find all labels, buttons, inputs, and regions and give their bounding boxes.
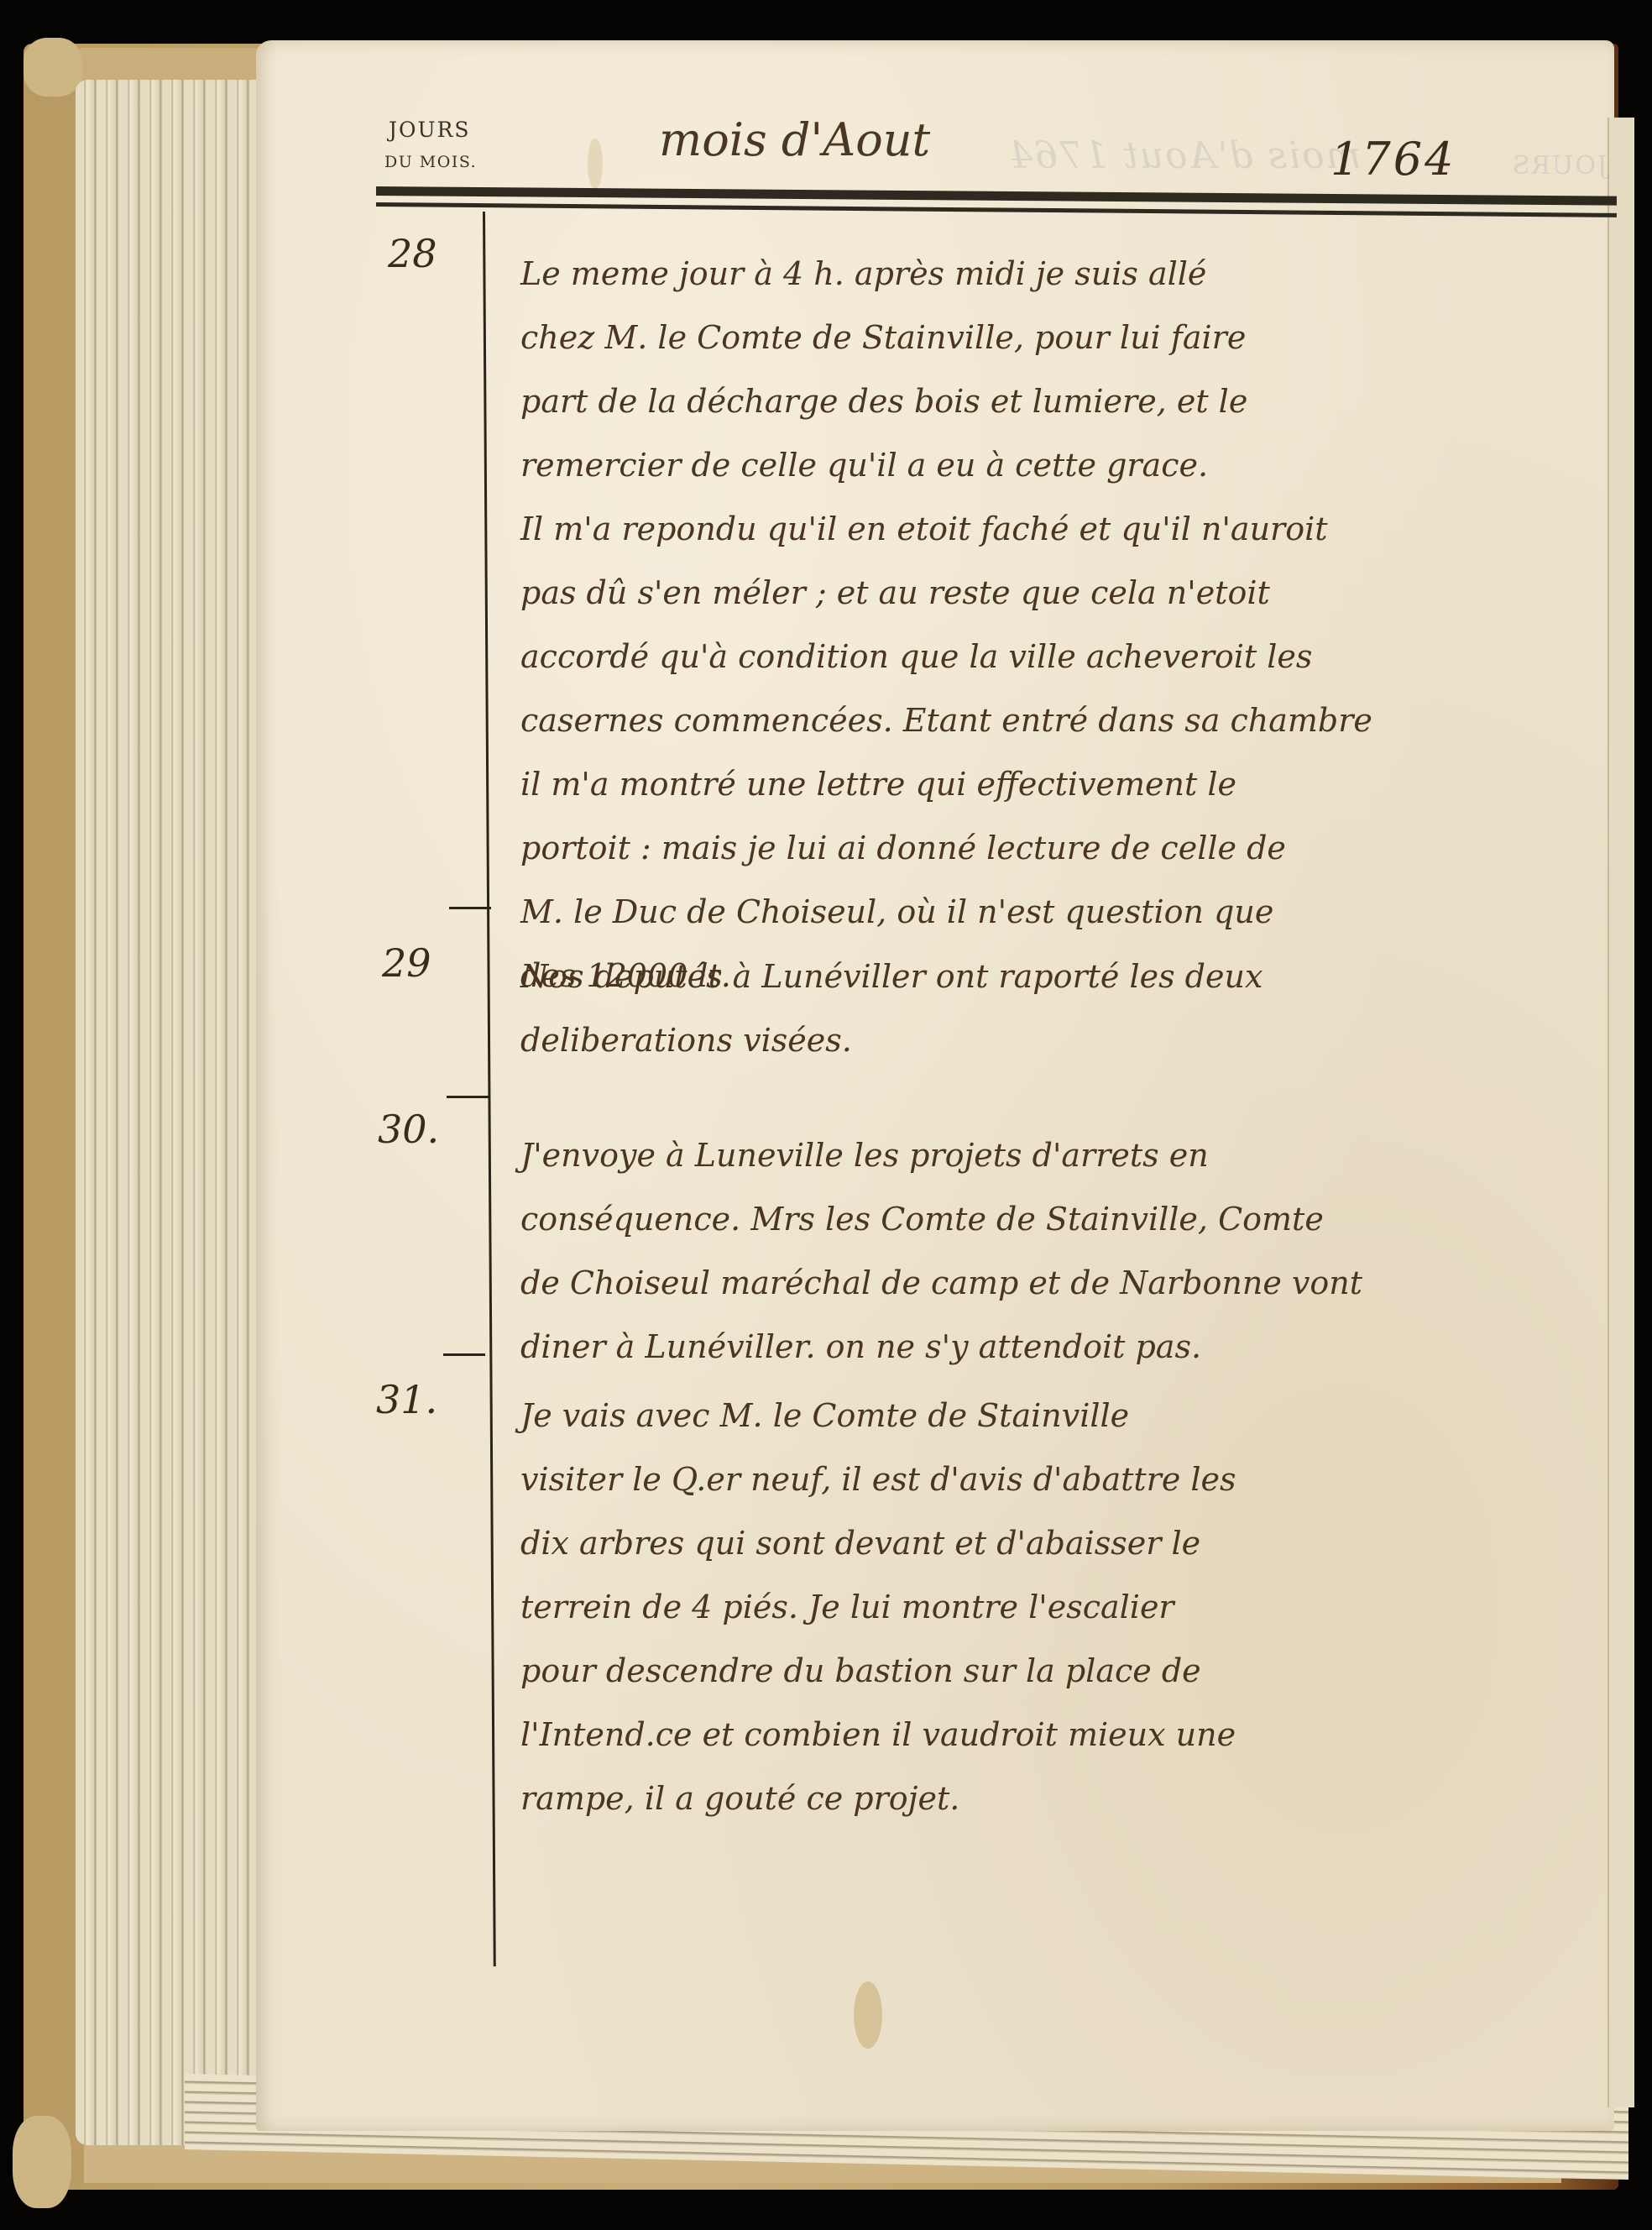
printed-label-jours: JOURS (389, 118, 471, 142)
entry-line: accordé qu'à condition que la ville ache… (520, 625, 1578, 688)
entry-line: M. le Duc de Choiseul, où il n'est quest… (520, 880, 1578, 944)
bleedthrough-month: mois d'Aout 1764 (1007, 134, 1361, 177)
frayed-corner-bottom (13, 2116, 71, 2208)
facing-page-edge (1608, 118, 1634, 2107)
entry-line: l'Intend.ce et combien il vaudroit mieux… (520, 1703, 1578, 1767)
day-number: 31. (376, 1377, 437, 1422)
entry-line: deliberations visées. (520, 1008, 1578, 1072)
entry-divider-tick (449, 907, 491, 909)
entry-line: terrein de 4 piés. Je lui montre l'escal… (520, 1575, 1578, 1639)
entry-line: visiter le Q.er neuf, il est d'avis d'ab… (520, 1447, 1578, 1511)
entry-line: Je vais avec M. le Comte de Stainville (520, 1384, 1578, 1447)
month-title: mois d'Aout (659, 113, 930, 166)
entry-line: portoit : mais je lui ai donné lecture d… (520, 816, 1578, 880)
entry-line: de Choiseul maréchal de camp et de Narbo… (520, 1251, 1578, 1315)
entry-line: diner à Lunéviller. on ne s'y attendoit … (520, 1315, 1578, 1379)
diary-entry: Nos deputés à Lunéviller ont raporté les… (520, 945, 1578, 1072)
entry-line: pour descendre du bastion sur la place d… (520, 1639, 1578, 1703)
entry-divider-tick (443, 1353, 485, 1356)
entry-line: chez M. le Comte de Stainville, pour lui… (520, 306, 1578, 369)
diary-entry: Je vais avec M. le Comte de Stainville v… (520, 1384, 1578, 1830)
entry-line: pas dû s'en méler ; et au reste que cela… (520, 561, 1578, 625)
diary-entry: J'envoye à Luneville les projets d'arret… (520, 1123, 1578, 1379)
entry-line: conséquence. Mrs les Comte de Stainville… (520, 1187, 1578, 1251)
day-number: 29 (382, 940, 431, 986)
entry-line: Nos deputés à Lunéviller ont raporté les… (520, 945, 1578, 1008)
entry-line: part de la décharge des bois et lumiere,… (520, 369, 1578, 433)
entry-divider-tick (447, 1096, 489, 1098)
year-title: 1764 (1330, 133, 1456, 186)
entry-line: dix arbres qui sont devant et d'abaisser… (520, 1511, 1578, 1575)
bleedthrough-header: JOURS (1511, 151, 1608, 181)
entry-line: casernes commencées. Etant entré dans sa… (520, 688, 1578, 752)
printed-label-du-mois: DU MOIS. (384, 153, 477, 171)
paper-stain (588, 139, 603, 189)
entry-line: il m'a montré une lettre qui effectiveme… (520, 752, 1578, 816)
entry-line: rampe, il a gouté ce projet. (520, 1767, 1578, 1830)
entry-line: J'envoye à Luneville les projets d'arret… (520, 1123, 1578, 1187)
diary-entry: Le meme jour à 4 h. après midi je suis a… (520, 242, 1578, 1008)
paper-stain (854, 1981, 882, 2049)
entry-line: remercier de celle qu'il a eu à cette gr… (520, 433, 1578, 497)
entry-line: Il m'a repondu qu'il en etoit faché et q… (520, 497, 1578, 561)
day-number: 28 (388, 231, 437, 276)
day-number: 30. (378, 1107, 439, 1152)
frayed-corner-top (24, 38, 82, 97)
entry-line: Le meme jour à 4 h. après midi je suis a… (520, 242, 1578, 306)
cover-top-edge (80, 48, 281, 81)
